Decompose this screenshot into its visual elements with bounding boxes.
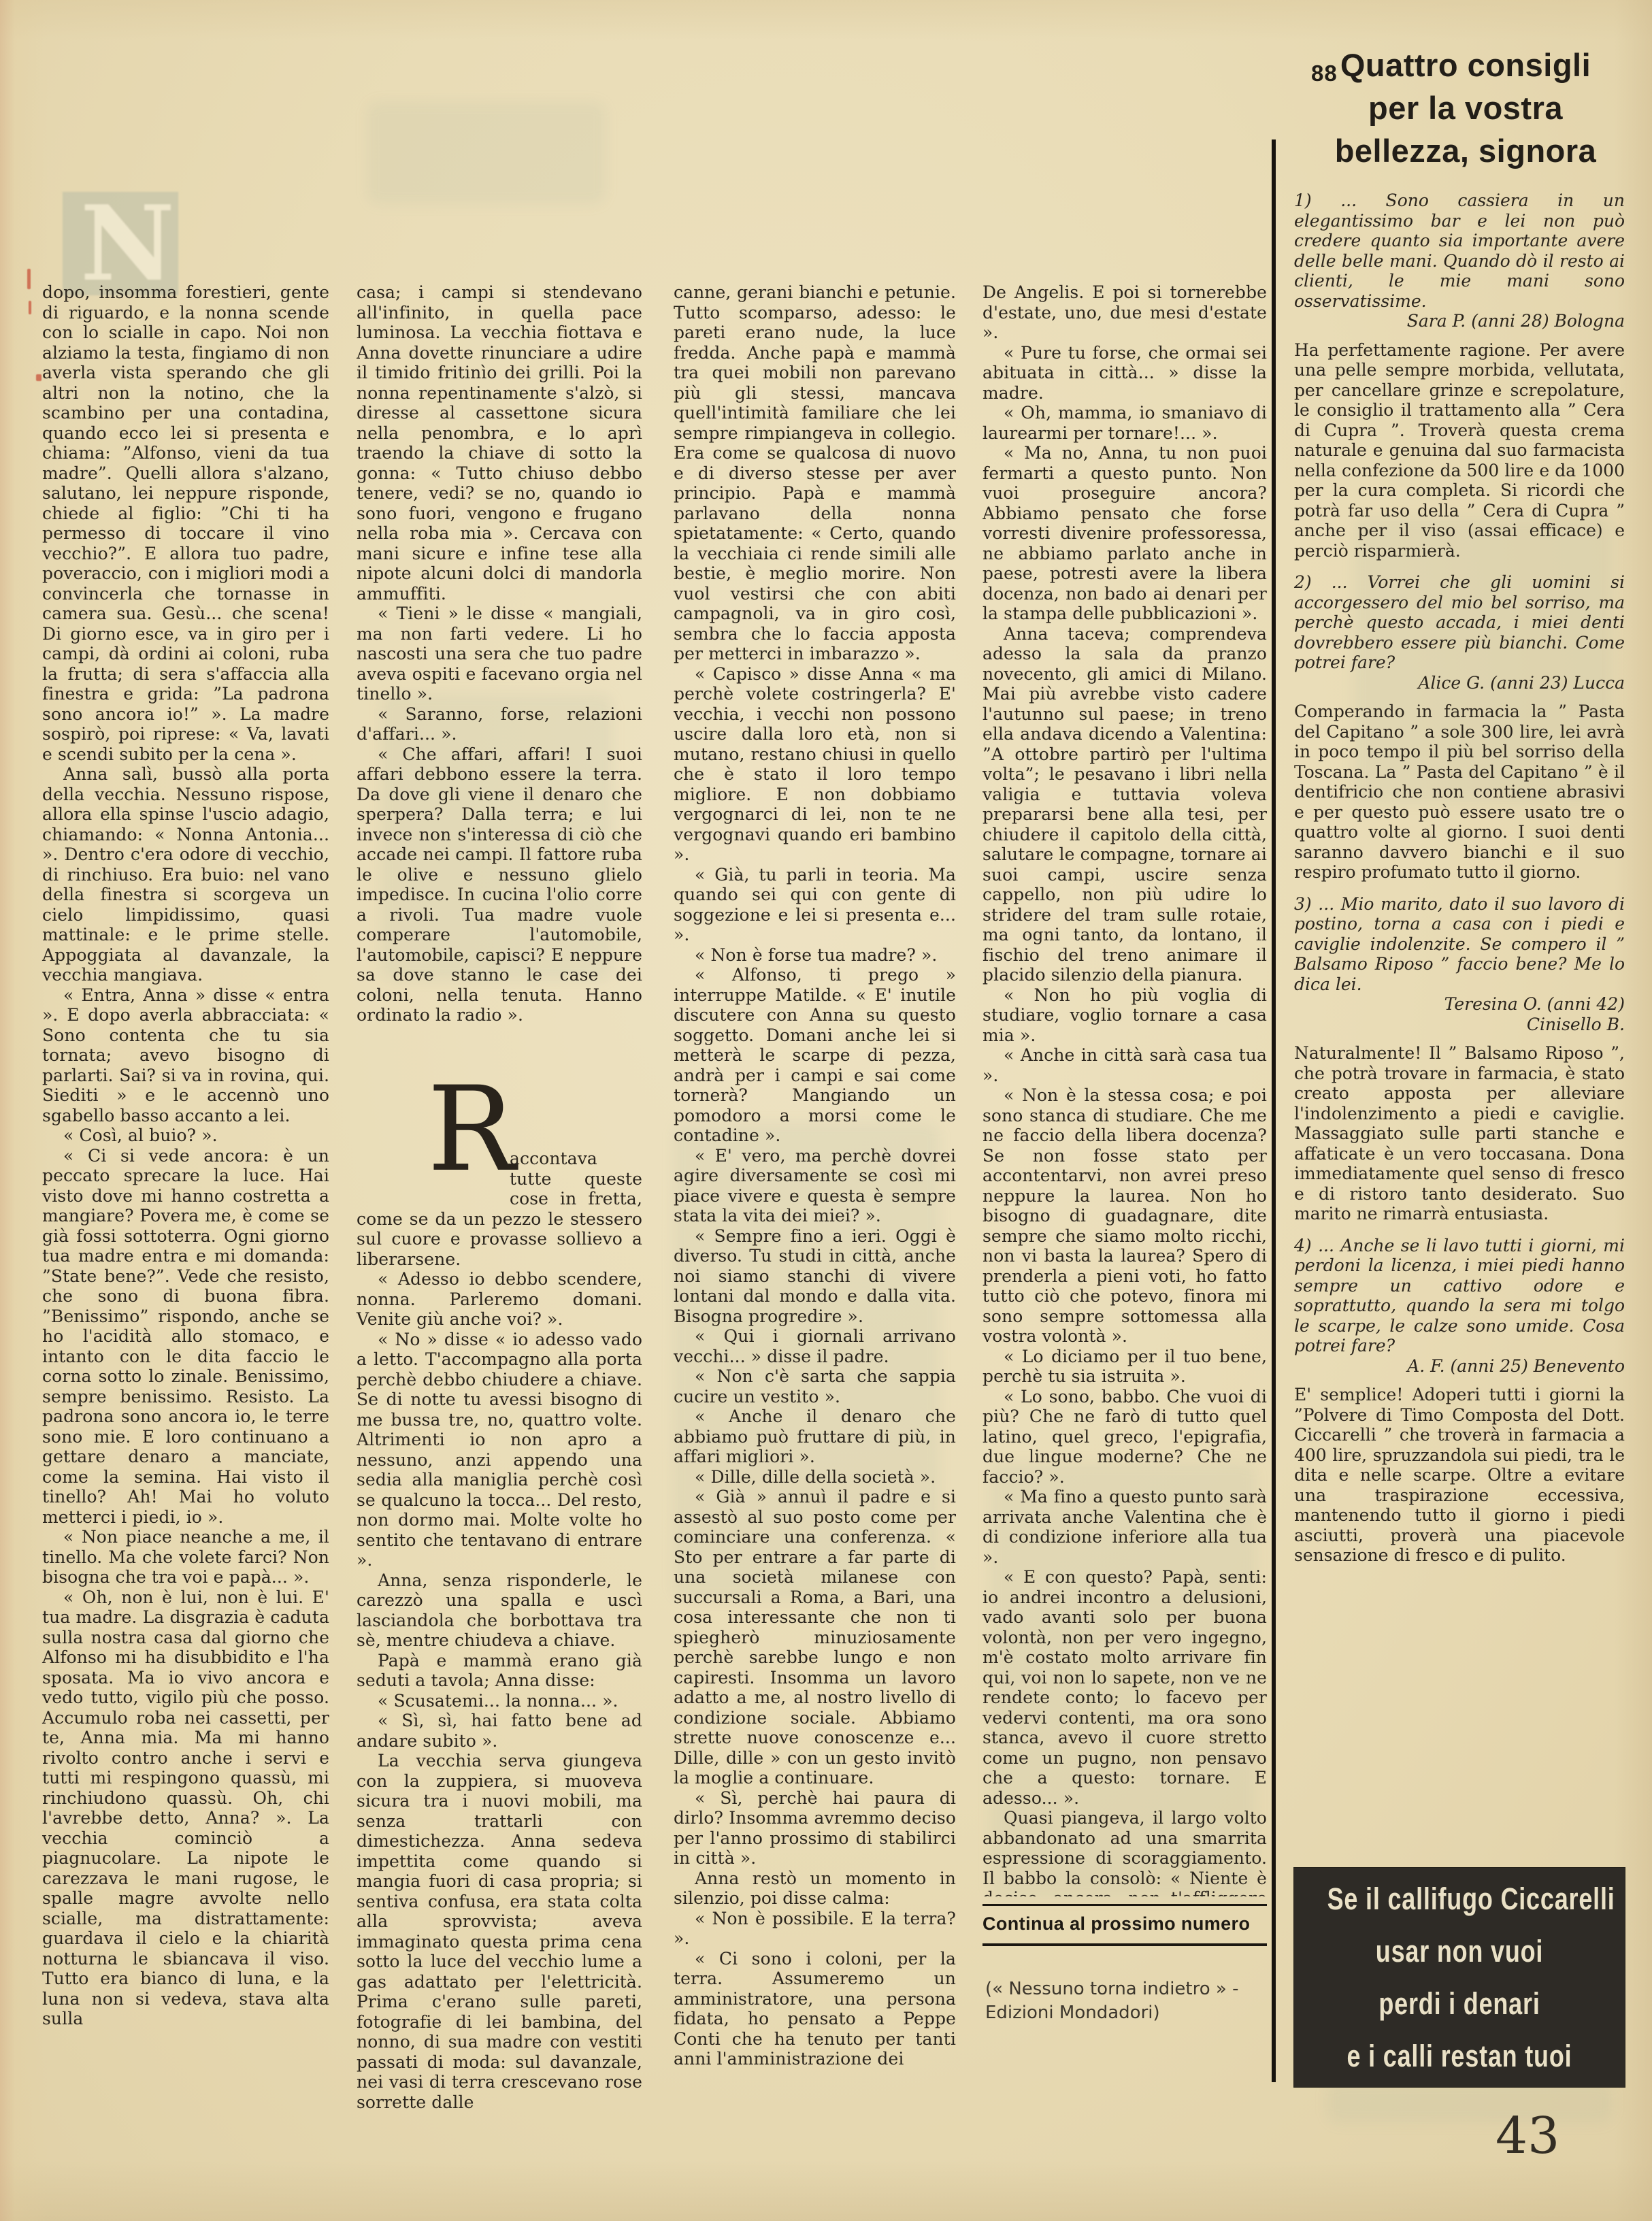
story-paragraph: « Adesso io debbo scendere, nonna. Parle…: [357, 1269, 642, 1330]
story-paragraph: « Saranno, forse, relazioni d'affari... …: [357, 704, 642, 744]
story-paragraph: « Anche il denaro che abbiamo può frutta…: [674, 1406, 956, 1467]
story-column-3: canne, gerani bianchi e petunie. Tutto s…: [674, 282, 956, 2069]
story-paragraph: « Lo sono, babbo. Che vuoi di più? Che n…: [982, 1387, 1267, 1487]
story-paragraph: « No » disse « io adesso vado a letto. T…: [357, 1330, 642, 1570]
story-paragraph: dopo, insomma forestieri, gente di rigua…: [42, 282, 329, 764]
source-note: (« Nessuno torna indietro » - Edizioni M…: [985, 1977, 1266, 2025]
story-paragraph: « E' vero, ma perchè dovrei agire divers…: [674, 1146, 956, 1226]
story-paragraph: De Angelis. E poi si tornerebbe d'estate…: [982, 282, 1267, 343]
story-paragraph: « Sì, sì, hai fatto bene ad andare subit…: [357, 1711, 642, 1751]
story-paragraph: Anna restò un momento in silenzio, poi d…: [674, 1869, 956, 1909]
story-paragraph: « Dille, dille della società ».: [674, 1467, 956, 1487]
ad-line: usar non vuoi: [1327, 1925, 1592, 1977]
beauty-signature: Teresina O. (anni 42): [1294, 994, 1625, 1015]
story-paragraph: « Così, al buio? ».: [42, 1125, 329, 1146]
story-paragraph: « Oh, non è lui, non è lui. E' tua madre…: [42, 1587, 329, 2029]
story-paragraph: « Già » annuì il padre e si assestò al s…: [674, 1487, 956, 1788]
beauty-title-line: per la vostra: [1303, 86, 1628, 129]
story-paragraph: « Ci sono i coloni, per la terra. Assume…: [674, 1949, 956, 2069]
beauty-answer: Naturalmente! Il ” Balsamo Riposo ”, che…: [1294, 1043, 1625, 1224]
story-paragraph: Anna, senza risponderle, le carezzò una …: [357, 1570, 642, 1651]
story-paragraph: « Non è la stessa cosa; e poi sono stanc…: [982, 1085, 1267, 1347]
ciccarelli-ad-box: Se il callifugo Ciccarelliusar non vuoip…: [1294, 1868, 1625, 2087]
ink-mark: [27, 269, 31, 289]
beauty-issue-number: 88: [1311, 52, 1338, 95]
story-paragraph: « Non piace neanche a me, il tinello. Ma…: [42, 1527, 329, 1587]
story-paragraph: « Che affari, affari! I suoi affari debb…: [357, 744, 642, 1025]
beauty-signature: Alice G. (anni 23) Lucca: [1294, 673, 1625, 693]
ink-mark: [36, 374, 42, 381]
column-rule: [1272, 139, 1276, 2082]
beauty-title-line: Quattro consigli: [1303, 44, 1628, 86]
story-paragraph: Anna salì, bussò alla porta della vecchi…: [42, 764, 329, 985]
ink-mark: [29, 301, 31, 314]
magazine-page: N dopo, insomma forestieri, gente di rig…: [0, 0, 1652, 2221]
story-paragraph: « Qui i giornali arrivano vecchi... » di…: [674, 1326, 956, 1366]
story-paragraph: « Oh, mamma, io smaniavo di laurearmi pe…: [982, 403, 1267, 443]
beauty-signature: A. F. (anni 25) Benevento: [1294, 1356, 1625, 1377]
story-paragraph: « Ma fino a questo punto sarà arrivata a…: [982, 1487, 1267, 1567]
story-paragraph: « Pure tu forse, che ormai sei abituata …: [982, 343, 1267, 404]
beauty-answer: E' semplice! Adoperi tutti i giorni la ”…: [1294, 1385, 1625, 1566]
story-paragraph: « Tieni » le disse « mangiali, ma non fa…: [357, 604, 642, 704]
beauty-answer: Comperando in farmacia la ” Pasta del Ca…: [1294, 702, 1625, 883]
story-paragraph: Papà e mammà erano già seduti a tavola; …: [357, 1651, 642, 1691]
story-paragraph: « Sì, perchè hai paura di dirlo? Insomma…: [674, 1788, 956, 1869]
story-column-4: De Angelis. E poi si tornerebbe d'estate…: [982, 282, 1267, 1896]
story-paragraph: Quasi piangeva, il largo volto abbandona…: [982, 1808, 1267, 1896]
story-column-1: dopo, insomma forestieri, gente di rigua…: [42, 282, 329, 2029]
ad-line: perdi i denari: [1327, 1977, 1592, 2030]
beauty-title-line: bellezza, signora: [1303, 129, 1628, 172]
story-paragraph: « Non ho più voglia di studiare, voglio …: [982, 985, 1267, 1046]
story-paragraph: « E con questo? Papà, senti: io andrei i…: [982, 1567, 1267, 1808]
beauty-signature: Cinisello B.: [1294, 1015, 1625, 1035]
story-paragraph: « Scusatemi... la nonna... ».: [357, 1691, 642, 1711]
continua-strip: Continua al prossimo numero: [982, 1904, 1267, 1946]
story-paragraph: La vecchia serva giungeva con la zuppier…: [357, 1751, 642, 2112]
story-paragraph: casa; i campi si stendevano all'infinito…: [357, 282, 642, 604]
drop-cap-r: R: [427, 1071, 516, 1188]
story-column-2-top: casa; i campi si stendevano all'infinito…: [357, 282, 642, 1145]
beauty-items: 1) ... Sono cassiera in un elegantissimo…: [1294, 191, 1625, 1566]
story-paragraph: « Non è possibile. E la terra? ».: [674, 1909, 956, 1949]
story-paragraph: Anna taceva; comprendeva adesso la sala …: [982, 624, 1267, 985]
story-paragraph: « Anche in città sarà casa tua ».: [982, 1045, 1267, 1085]
beauty-question: 4) ... Anche se li lavo tutti i giorni, …: [1294, 1236, 1625, 1356]
story-paragraph: « Entra, Anna » disse « entra ». E dopo …: [42, 985, 329, 1126]
showthrough-dropcap-n: N: [63, 192, 178, 295]
showthrough-smudge: [367, 102, 606, 204]
story-paragraph: « Ma no, Anna, tu non puoi fermarti a qu…: [982, 443, 1267, 624]
story-column-2-dropcap-section: Raccontava tutte queste cose in fretta, …: [357, 1149, 642, 2112]
story-paragraph: canne, gerani bianchi e petunie. Tutto s…: [674, 282, 956, 664]
story-paragraph: « Non c'è sarta che sappia cucire un ves…: [674, 1366, 956, 1406]
beauty-answer: Ha perfettamente ragione. Per avere una …: [1294, 340, 1625, 561]
story-paragraph: « Sempre fino a ieri. Oggi è diverso. Tu…: [674, 1226, 956, 1327]
story-paragraph: « Lo diciamo per il tuo bene, perchè tu …: [982, 1347, 1267, 1387]
beauty-title: 88 Quattro consigliper la vostrabellezza…: [1303, 44, 1628, 172]
story-paragraph: « Già, tu parli in teoria. Ma quando sei…: [674, 865, 956, 945]
continua-label: Continua al prossimo numero: [982, 1913, 1250, 1934]
story-paragraph: « Ci si vede ancora: è un peccato spreca…: [42, 1146, 329, 1528]
page-number: 43: [1496, 2107, 1559, 2165]
story-paragraph: « Non è forse tua madre? ».: [674, 945, 956, 966]
beauty-question: 1) ... Sono cassiera in un elegantissimo…: [1294, 191, 1625, 311]
beauty-question: 3) ... Mio marito, dato il suo lavoro di…: [1294, 894, 1625, 995]
story-paragraph: « Alfonso, ti prego » interruppe Matilde…: [674, 965, 956, 1146]
ad-line: e i calli restan tuoi: [1327, 2030, 1592, 2082]
drop-cap-paragraph: Raccontava tutte queste cose in fretta, …: [357, 1149, 642, 1269]
showthrough-smudge: [1327, 2082, 1613, 2123]
story-paragraph: « Capisco » disse Anna « ma perchè volet…: [674, 664, 956, 865]
ad-line: Se il callifugo Ciccarelli: [1327, 1873, 1592, 1925]
beauty-signature: Sara P. (anni 28) Bologna: [1294, 311, 1625, 331]
beauty-question: 2) ... Vorrei che gli uomini si accorges…: [1294, 572, 1625, 673]
